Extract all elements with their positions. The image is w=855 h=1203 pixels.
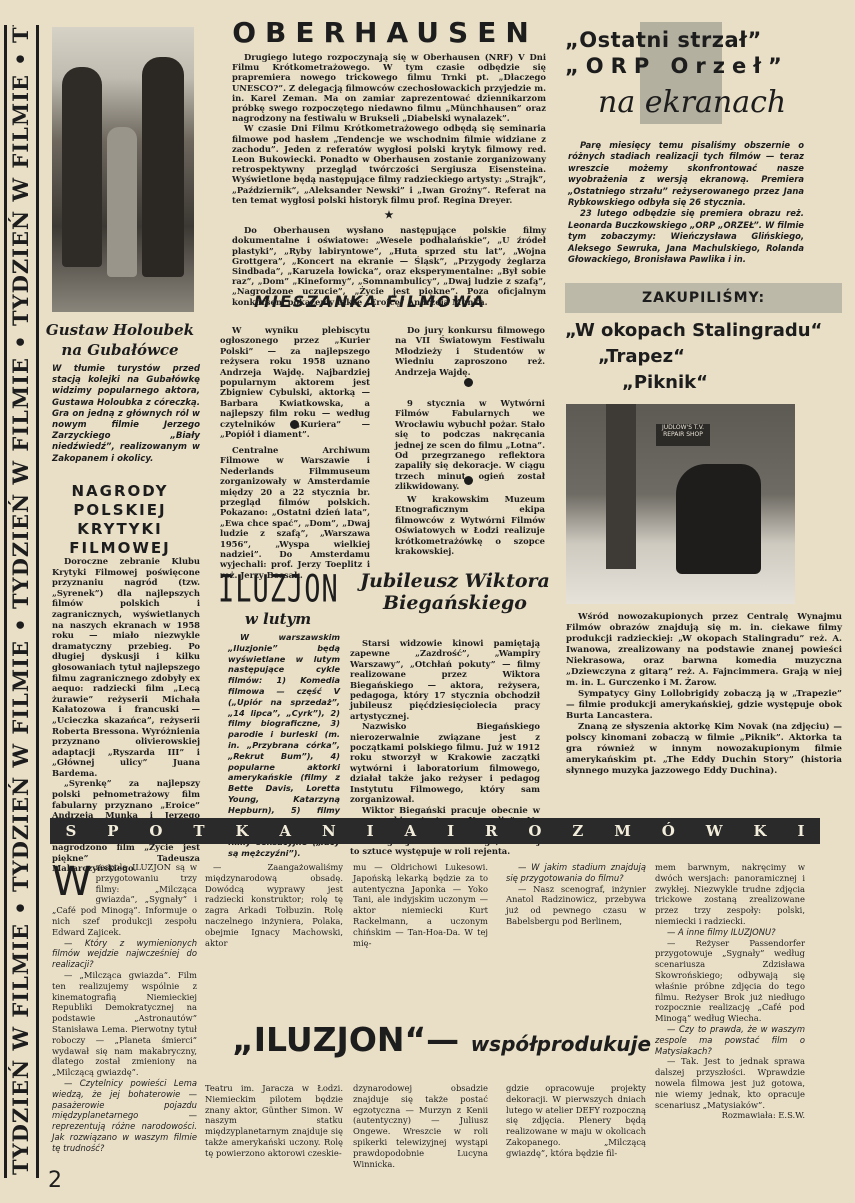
zakupilismy-p3: Znaną ze słyszenia aktorkę Kim Novak (na… (566, 722, 842, 777)
iluzjon-lutym-subtitle: w lutym (218, 610, 338, 628)
banner-letter: A (279, 818, 291, 844)
banner-letter: S (65, 818, 76, 844)
banner-letter: K (235, 818, 248, 844)
mieszanka-col2c: W krakowskim Muzeum Etnograficznym ekipa… (395, 494, 545, 556)
ribbon-rule-right (36, 25, 39, 1178)
zakupilismy-body: Wśród nowozakupionych przez Centralę Wyn… (566, 612, 842, 777)
banner-letter: I (367, 818, 374, 844)
interview-question: — W jakim stadium znajdują się przygotow… (506, 862, 646, 884)
interview-col3-bottom: dzynarodowej obsadzie znajduje się także… (353, 1083, 488, 1169)
photo-holoubek (52, 27, 194, 312)
headline-sub: współprodukuje (471, 1032, 651, 1056)
interview-question: — Czy to prawda, że w waszym zespole ma … (655, 1024, 805, 1056)
interview-answer: dzynarodowej obsadzie znajduje się także… (353, 1083, 488, 1169)
banner-letter: I (797, 818, 804, 844)
zakupilismy-p1: Wśród nowozakupionych przez Centralę Wyn… (566, 612, 842, 689)
banner-letter: Ó (662, 818, 675, 844)
orp-body: Parę miesięcy temu pisaliśmy obszernie o… (568, 140, 804, 265)
nagrody-title: NAGRODY POLSKIEJ KRYTYKI FILMOWEJ (40, 482, 200, 558)
banner-letter: M (614, 818, 631, 844)
spotkania-banner: S P O T K A N I A I R O Z M Ó W K I (50, 818, 820, 844)
banner-letter: I (447, 818, 454, 844)
banner-letter: T (193, 818, 204, 844)
interview-col4-top: — W jakim stadium znajdują się przygotow… (506, 862, 646, 927)
interview-answer: — „Milcząca gwiazda”. Film ten realizuje… (52, 970, 197, 1078)
bullet-separator (464, 378, 473, 387)
banner-letter: O (528, 818, 541, 844)
orp-p2: 23 lutego odbędzie się premiera obrazu r… (568, 208, 804, 265)
mieszanka-col1b: Centralne Archiwum Filmowe w Warszawie i… (220, 445, 370, 580)
title-piknik: „Piknik“ (622, 372, 708, 393)
zakupilismy-label: ZAKUPILIŚMY: (565, 283, 842, 313)
interview-col1: W zespole ILUZJON są w przygotowaniu trz… (52, 862, 197, 1154)
banner-letter: A (405, 818, 417, 844)
iluzjon-lutym-title: ILUZJON (218, 568, 338, 611)
dropcap-w: W (52, 864, 92, 900)
bullet-separator (290, 420, 299, 429)
photo-sign: JUDLOW'S T.V. REPAIR SHOP (656, 424, 710, 446)
interview-answer: mem barwnym, nakręcimy w dwóch wersjach:… (655, 862, 805, 927)
gustaw-title: Gustaw Holoubek na Gubałówce (40, 320, 200, 360)
banner-letter: Z (572, 818, 583, 844)
banner-letter: P (107, 818, 118, 844)
interview-col5: mem barwnym, nakręcimy w dwóch wersjach:… (655, 862, 805, 1121)
jubileusz-p2: Nazwisko Biegańskiego nierozerwalnie zwi… (350, 721, 540, 804)
photo-kim-novak: JUDLOW'S T.V. REPAIR SHOP (566, 404, 795, 604)
gustaw-body: W tłumie turystów przed stacją kolejki n… (52, 364, 200, 465)
interview-col2-bottom: Teatru im. Jaracza w Łodzi. Niemieckim p… (205, 1083, 343, 1159)
ostatni-strzal-title: „Ostatni strzał” (565, 28, 762, 52)
interview-answer: — Reżyser Passendorfer przygotowuje „Syg… (655, 938, 805, 1024)
interview-question: — Czytelnicy powieści Lema wiedzą, że je… (52, 1078, 197, 1154)
jubileusz-title: Jubileusz Wiktora Biegańskiego (360, 570, 550, 614)
interview-answer: — Zaangażowaliśmy międzynarodową obsadę.… (205, 862, 343, 948)
nagrody-p1: Doroczne zebranie Klubu Krytyki Filmowej… (52, 556, 200, 778)
mieszanka-szopka: W krakowskim Muzeum Etnograficznym ekipa… (395, 494, 545, 556)
jubileusz-p1: Starsi widzowie kinowi pamiętają zapewne… (350, 638, 540, 721)
banner-letter: K (753, 818, 766, 844)
mieszanka-archiwum: Centralne Archiwum Filmowe w Warszawie i… (220, 445, 370, 580)
interview-question: — A inne filmy ILUZJONU? (655, 927, 805, 938)
banner-letter: W (706, 818, 723, 844)
page-number: 2 (48, 1168, 62, 1193)
bullet-separator (464, 476, 473, 485)
orp-orzel-title: „ORP Orzeł” (565, 54, 789, 78)
interview-answer: mu — Oldrichowi Lukesowi. Japońską lekar… (353, 862, 488, 948)
mieszanka-jury: Do jury konkursu filmowego na VII Świato… (395, 325, 545, 377)
zakupilismy-p2: Sympatycy Giny Lollobrigidy zobaczą ją w… (566, 689, 842, 722)
headline-main: „ILUZJON“— (232, 1020, 459, 1059)
title-okopach: „W okopach Stalingradu“ (565, 320, 822, 341)
interview-answer: — Tak. Jest to jednak sprawa dalszej prz… (655, 1056, 805, 1110)
oberhausen-title: OBERHAUSEN (230, 16, 540, 49)
banner-letter: R (485, 818, 497, 844)
interview-col2-top: — Zaangażowaliśmy międzynarodową obsadę.… (205, 862, 343, 948)
interview-answer: Teatru im. Jaracza w Łodzi. Niemieckim p… (205, 1083, 343, 1159)
interview-answer: — Nasz scenograf, inżynier Anatol Radzin… (506, 884, 646, 927)
title-trapez: „Trapez“ (598, 346, 685, 367)
oberhausen-p2: W czasie Dni Filmu Krótkometrażowego odb… (232, 123, 546, 205)
na-ekranach-title: na ekranach (598, 85, 786, 120)
oberhausen-p1: Drugiego lutego rozpoczynają się w Oberh… (232, 52, 546, 123)
ribbon-text: TYDZIEŃ W FILMIE • TYDZIEŃ W FILMIE • TY… (7, 25, 35, 1175)
oberhausen-body: Drugiego lutego rozpoczynają się w Oberh… (232, 52, 546, 307)
star-separator: ★ (232, 211, 546, 221)
mieszanka-col2: Do jury konkursu filmowego na VII Świato… (395, 325, 545, 377)
banner-letter: O (149, 818, 162, 844)
interview-question: — Który z wymienionych filmów wejdzie na… (52, 938, 197, 970)
interview-col4-bottom: gdzie opracowuje projekty dekoracji. W p… (506, 1083, 646, 1159)
iluzjon-wspolprodukuje-headline: „ILUZJON“— współprodukuje (232, 1020, 651, 1059)
byline: Rozmawiała: E.S.W. (655, 1110, 805, 1121)
banner-letter: N (322, 818, 336, 844)
gustaw-text: W tłumie turystów przed stacją kolejki n… (52, 364, 200, 465)
mieszanka-title: MIESZANKA FILMOWA (200, 292, 540, 311)
interview-col3-top: mu — Oldrichowi Lukesowi. Japońską lekar… (353, 862, 488, 948)
interview-answer: gdzie opracowuje projekty dekoracji. W p… (506, 1083, 646, 1159)
orp-p1: Parę miesięcy temu pisaliśmy obszernie o… (568, 140, 804, 208)
